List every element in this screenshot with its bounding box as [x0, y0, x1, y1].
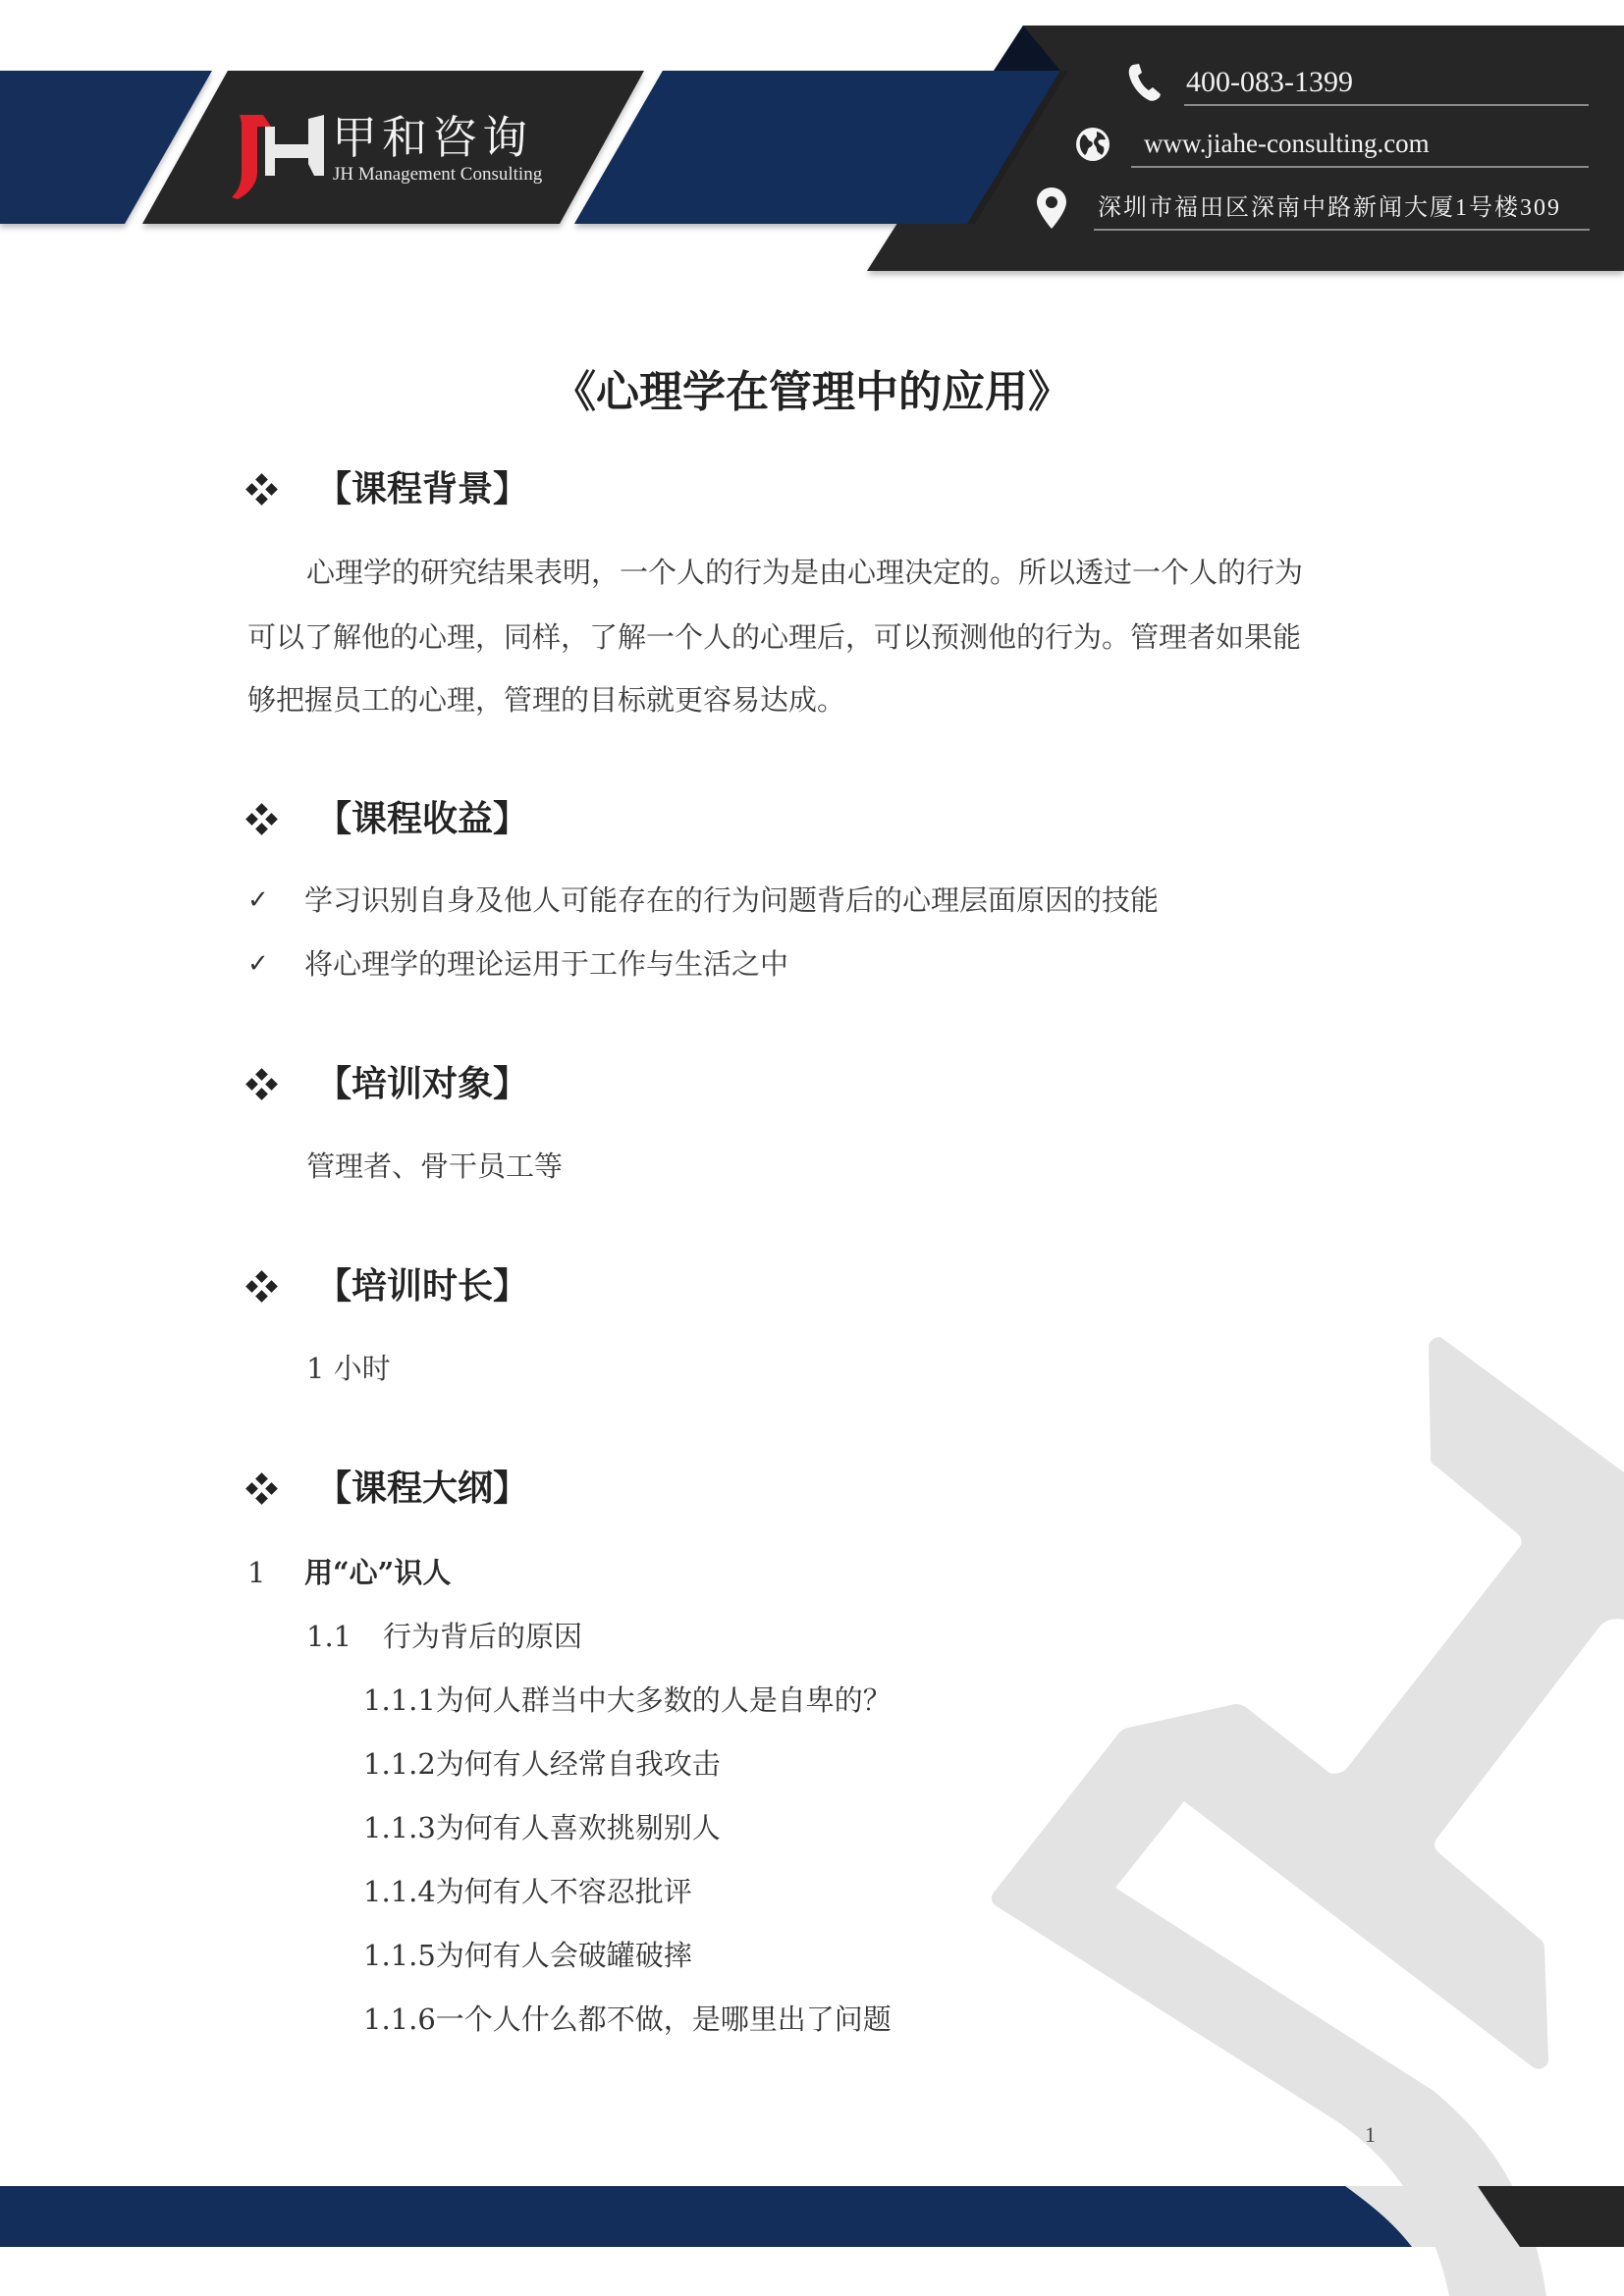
- outline-item-l3: 1.1.5为何有人会破罐破摔: [363, 1934, 692, 1977]
- check-icon: ✓: [247, 879, 269, 922]
- jh-logo-mark-icon: [228, 115, 326, 199]
- duration-text: 1 小时: [306, 1347, 391, 1390]
- section-heading-label: 【培训对象】: [316, 1063, 528, 1106]
- outline-number: 1.1.2: [363, 1747, 436, 1781]
- globe-icon: [1075, 127, 1110, 162]
- audience-text: 管理者、骨干员工等: [306, 1145, 563, 1188]
- outline-number: 1.1.5: [363, 1939, 436, 1972]
- website-url[interactable]: www.jiahe-consulting.com: [1144, 127, 1430, 160]
- outline-item-l3: 1.1.6一个人什么都不做，是哪里出了问题: [363, 1998, 892, 2041]
- outline-text: 为何人群当中大多数的人是自卑的？: [436, 1683, 892, 1717]
- logo-name-cn: 甲和咨询: [332, 110, 532, 165]
- section-heading-outline: 【课程大纲】: [247, 1468, 528, 1511]
- page-number: 1: [1365, 2122, 1376, 2148]
- paragraph-line: 心理学的研究结果表明，一个人的行为是由心理决定的。所以透过一个人的行为: [306, 551, 1303, 594]
- outline-number: 1: [247, 1551, 265, 1594]
- watermark-logo: [992, 1337, 1624, 2296]
- page-decoration: [0, 0, 1624, 2296]
- diamond-bullet-icon: [247, 805, 277, 834]
- address-underline: [1094, 229, 1590, 231]
- section-heading-label: 【课程收益】: [316, 798, 528, 841]
- section-heading-label: 【课程背景】: [316, 468, 528, 511]
- outline-text: 为何有人经常自我攻击: [436, 1747, 721, 1781]
- paragraph-line: 可以了解他的心理，同样，了解一个人的心理后，可以预测他的行为。管理者如果能: [247, 615, 1301, 659]
- section-heading-benefits: 【课程收益】: [247, 798, 528, 841]
- benefit-item: 将心理学的理论运用于工作与生活之中: [304, 942, 788, 986]
- outline-text: 为何有人会破罐破摔: [436, 1939, 692, 1972]
- outline-number: 1.1.6: [363, 2002, 436, 2036]
- document-title: 《心理学在管理中的应用》: [0, 365, 1624, 420]
- section-heading-background: 【课程背景】: [247, 468, 528, 511]
- benefit-item: 学习识别自身及他人可能存在的行为问题背后的心理层面原因的技能: [304, 879, 1159, 922]
- logo-name-en: JH Management Consulting: [333, 163, 542, 187]
- paragraph-line: 够把握员工的心理，管理的目标就更容易达成。: [247, 678, 845, 721]
- outline-number: 1.1: [306, 1615, 352, 1658]
- location-pin-icon: [1036, 187, 1067, 230]
- diamond-bullet-icon: [247, 1272, 277, 1302]
- section-heading-label: 【课程大纲】: [316, 1468, 528, 1511]
- diamond-bullet-icon: [247, 1070, 277, 1099]
- footer-band: [0, 2186, 1624, 2247]
- outline-item-l3: 1.1.4为何有人不容忍批评: [363, 1870, 692, 1913]
- outline-item-l3: 1.1.1为何人群当中大多数的人是自卑的？: [363, 1679, 892, 1722]
- phone-underline: [1184, 104, 1589, 106]
- outline-item-l3: 1.1.3为何有人喜欢挑剔别人: [363, 1806, 721, 1849]
- outline-item-l1: 用“心”识人: [304, 1551, 451, 1594]
- section-heading-duration: 【培训时长】: [247, 1265, 528, 1308]
- outline-number: 1.1.4: [363, 1875, 436, 1908]
- phone-icon: [1127, 63, 1163, 102]
- website-underline: [1131, 166, 1589, 168]
- outline-number: 1.1.3: [363, 1811, 436, 1844]
- diamond-bullet-icon: [247, 1474, 277, 1504]
- diamond-bullet-icon: [247, 475, 277, 505]
- section-heading-label: 【培训时长】: [316, 1265, 528, 1308]
- phone-number: 400-083-1399: [1186, 65, 1353, 100]
- outline-number: 1.1.1: [363, 1683, 436, 1717]
- outline-text: 为何有人喜欢挑剔别人: [436, 1811, 721, 1844]
- outline-item-l3: 1.1.2为何有人经常自我攻击: [363, 1742, 721, 1786]
- address-text: 深圳市福田区深南中路新闻大厦1号楼309: [1098, 192, 1561, 224]
- section-heading-audience: 【培训对象】: [247, 1063, 528, 1106]
- outline-item-l2: 行为背后的原因: [383, 1615, 582, 1658]
- outline-text: 一个人什么都不做，是哪里出了问题: [436, 2002, 892, 2036]
- check-icon: ✓: [247, 942, 269, 986]
- outline-text: 为何有人不容忍批评: [436, 1875, 692, 1908]
